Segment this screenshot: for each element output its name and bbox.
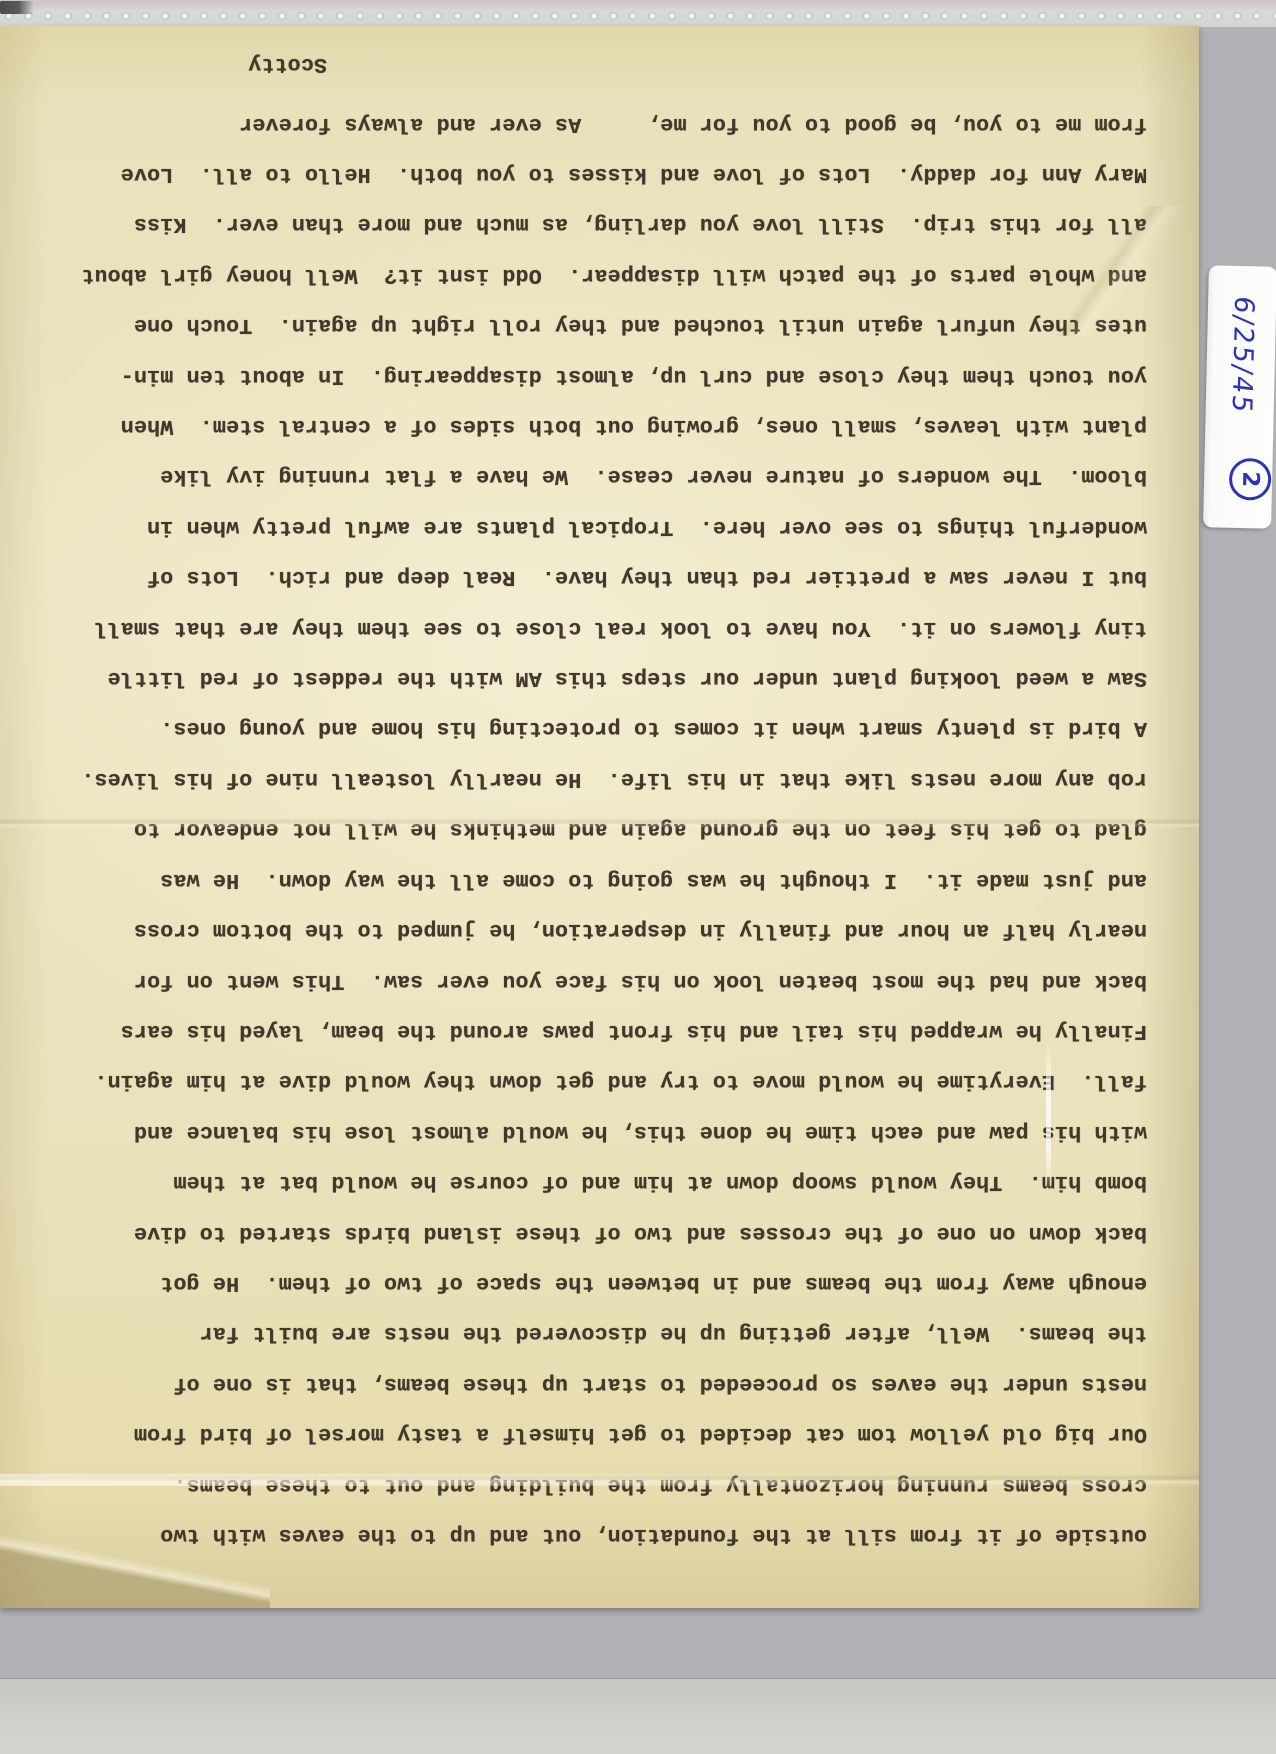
letter-line: fall. Everytime he would move to try and… xyxy=(56,1056,1147,1106)
letter-line: plant with leaves, small ones, growing o… xyxy=(56,401,1147,451)
signature: Scotty xyxy=(56,39,327,89)
letter-line: from me to you, be good to you for me, A… xyxy=(56,98,1147,148)
letter-line: rob any more nests like that in his life… xyxy=(56,754,1147,804)
letter-line: and whole parts of the patch will disapp… xyxy=(56,249,1147,299)
sheet-protector-comb-edge xyxy=(0,0,1276,27)
letter-line: with his paw and each time he done this,… xyxy=(56,1106,1147,1156)
letter-line: Finally he wrapped his tail and his fron… xyxy=(56,1006,1147,1056)
letter-line: glad to get his feet on the ground again… xyxy=(56,804,1147,854)
page-number: 2 xyxy=(1237,471,1263,488)
archive-label: 6/25/45 2 xyxy=(1203,265,1276,528)
page-number-badge: 2 xyxy=(1229,458,1272,501)
letter-paper: outside of it from sill at the foundatio… xyxy=(0,26,1199,1608)
letter-line: the beams. Well, after getting up he dis… xyxy=(56,1308,1147,1358)
letter-line: wonderful things to see over here. Tropi… xyxy=(56,501,1147,551)
letter-line: back down on one of the crosses and two … xyxy=(56,1207,1147,1257)
letter-line: enough away from the beams and in betwee… xyxy=(56,1258,1147,1308)
letter-line: A bird is plenty smart when it comes to … xyxy=(56,703,1147,753)
letter-line: nearly half an hour and finally in despe… xyxy=(56,905,1147,955)
letter-line: back and had the most beaten look on his… xyxy=(56,955,1147,1005)
letter-line: nests under the eaves so proceeded to st… xyxy=(56,1358,1147,1408)
letter-line: tiny flowers on it. You have to look rea… xyxy=(56,602,1147,652)
letter-line: utes they unfurl again until touched and… xyxy=(56,300,1147,350)
letter-line: bloom. The wonders of nature never cease… xyxy=(56,451,1147,501)
scanned-letter-page: outside of it from sill at the foundatio… xyxy=(0,0,1276,1754)
letter-line: Saw a weed looking plant under our steps… xyxy=(56,653,1147,703)
letter-line: you touch them they close and curl up, a… xyxy=(56,350,1147,400)
letter-text-upside-down: outside of it from sill at the foundatio… xyxy=(0,26,1199,1608)
handwritten-date: 6/25/45 xyxy=(1221,294,1259,468)
letter-line: Our big old yellow tom cat decided to ge… xyxy=(56,1409,1147,1459)
letter-line: and just made it. I thought he was going… xyxy=(56,854,1147,904)
letter-line: but I never saw a prettier red than they… xyxy=(56,552,1147,602)
scan-artifact xyxy=(0,1,34,14)
letter-line: bomb him. They would swoop down at him a… xyxy=(56,1157,1147,1207)
letter-line: Mary Ann for daddy. Lots of love and kis… xyxy=(56,149,1147,199)
letter-line: all for this trip. Still love you darlin… xyxy=(56,199,1147,249)
letter-line: outside of it from sill at the foundatio… xyxy=(56,1510,1147,1560)
letter-line: cross beams running horizontally from th… xyxy=(56,1459,1147,1509)
scanner-background xyxy=(0,1678,1276,1754)
